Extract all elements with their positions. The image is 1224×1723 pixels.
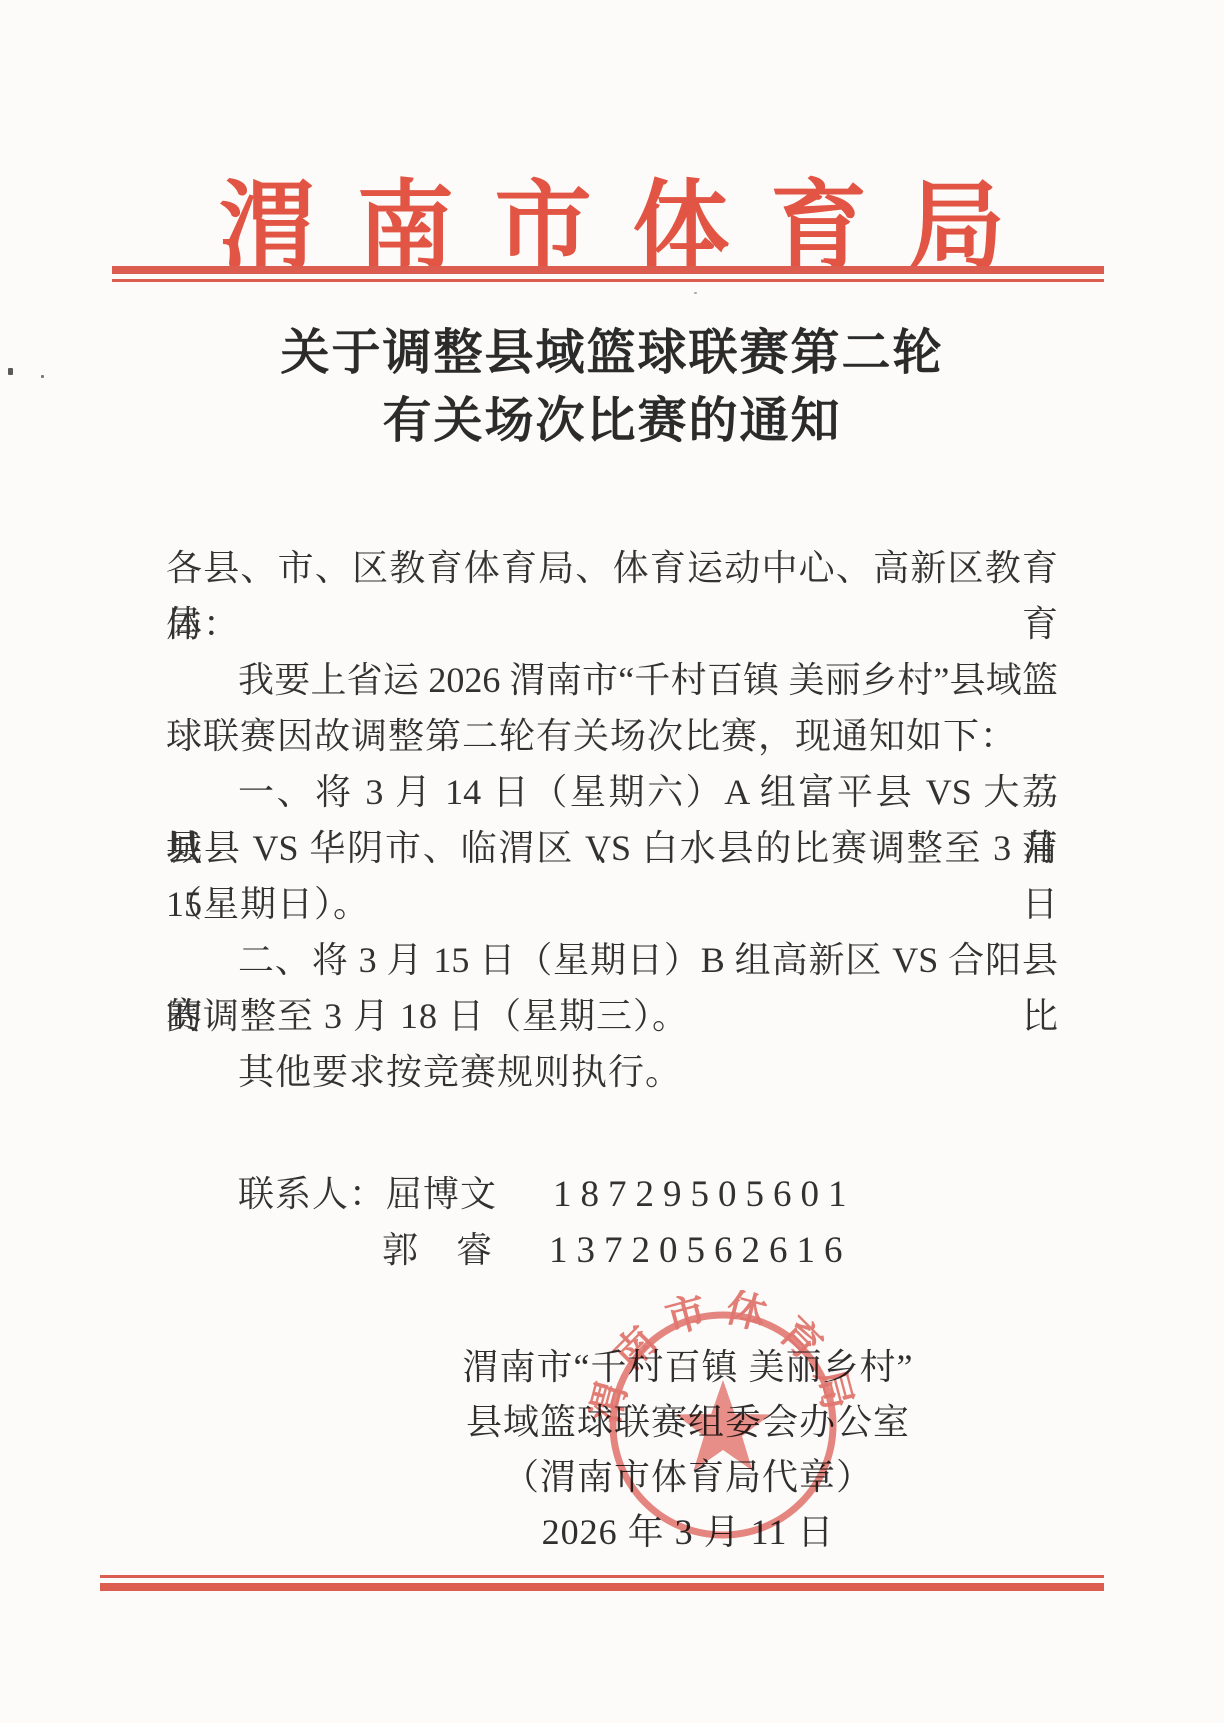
body-line: 一、将 3 月 14 日（星期六）A 组富平县 VS 大荔县、蒲 xyxy=(166,764,1058,820)
body-line: 各县、市、区教育体育局、体育运动中心、高新区教育体育 xyxy=(166,540,1058,596)
body-line: 城县 VS 华阴市、临渭区 VS 白水县的比赛调整至 3 月 15 日 xyxy=(166,820,1058,876)
contact-name: 屈博文 xyxy=(386,1174,497,1214)
scan-speck xyxy=(41,375,44,378)
contact-phone: 18729505601 xyxy=(553,1174,856,1215)
contact-phone: 13720562616 xyxy=(549,1230,852,1271)
signature-date: 2026 年 3 月 11 日 xyxy=(408,1505,968,1560)
body-line: 球联赛因故调整第二轮有关场次比赛，现通知如下： xyxy=(166,708,1058,764)
letterhead-rule-thick xyxy=(112,266,1104,274)
official-notice-page: 渭南市体育局 关于调整县域篮球联赛第二轮 有关场次比赛的通知 各县、市、区教育体… xyxy=(0,0,1224,1723)
footer-rule-thick xyxy=(100,1583,1104,1591)
signature-block: 渭南市“千村百镇 美丽乡村” 县域篮球联赛组委会办公室 （渭南市体育局代章） 2… xyxy=(408,1340,968,1560)
contact-row: 郭 睿13720562616 xyxy=(238,1222,852,1278)
document-title-line2: 有关场次比赛的通知 xyxy=(0,382,1224,452)
signature-proxy-note: （渭南市体育局代章） xyxy=(408,1450,968,1505)
footer-rule-thin xyxy=(100,1575,1104,1578)
document-title-line1: 关于调整县域篮球联赛第二轮 xyxy=(0,314,1224,384)
scan-speck xyxy=(694,292,697,294)
body-line: 我要上省运 2026 渭南市“千村百镇 美丽乡村”县域篮 xyxy=(166,652,1058,708)
body-line: 其他要求按竞赛规则执行。 xyxy=(166,1044,1058,1100)
signature-org-line1: 渭南市“千村百镇 美丽乡村” xyxy=(408,1340,968,1395)
contact-name: 郭 睿 xyxy=(382,1230,493,1270)
scan-speck xyxy=(8,368,13,375)
contact-label: 联系人： xyxy=(238,1174,386,1214)
signature-org-line2: 县域篮球联赛组委会办公室 xyxy=(408,1395,968,1450)
letterhead-rule-thin xyxy=(112,279,1104,282)
notice-body: 各县、市、区教育体育局、体育运动中心、高新区教育体育 局： 我要上省运 2026… xyxy=(166,540,1058,1100)
body-line: 二、将 3 月 15 日（星期日）B 组高新区 VS 合阳县的比 xyxy=(166,932,1058,988)
contact-row: 联系人：屈博文18729505601 xyxy=(238,1166,856,1222)
